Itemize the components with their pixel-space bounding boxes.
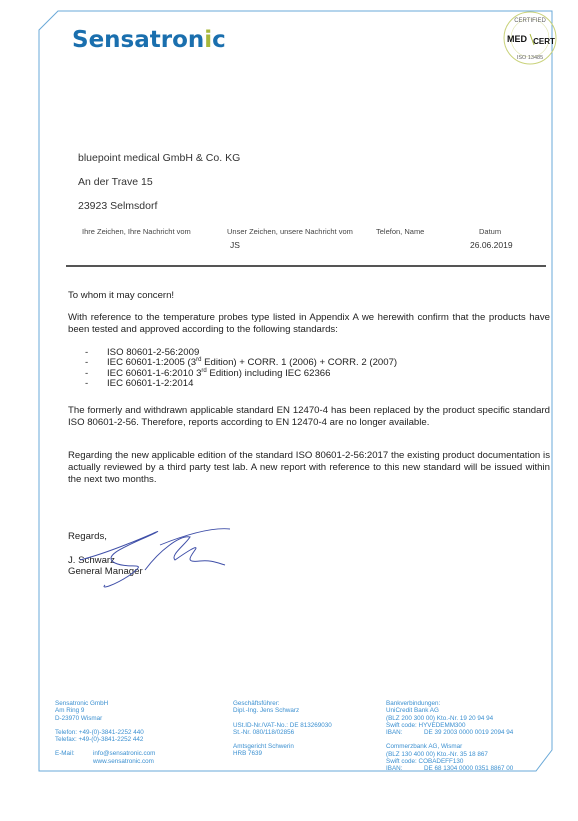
- svg-text:CERT: CERT: [533, 37, 555, 46]
- footer-bank2-iban: DE 68 1304 0000 0351 8867 00: [424, 765, 513, 772]
- our-reference-label: Unser Zeichen, unsere Nachricht vom: [227, 227, 353, 236]
- footer-bank2-swift: Swift code: COBADEFF130: [386, 758, 513, 765]
- phone-name-label: Telefon, Name: [376, 227, 424, 236]
- footer-hrb: HRB 7639: [233, 750, 332, 757]
- logo-text: Sensatron: [72, 27, 204, 53]
- your-reference-label: Ihre Zeichen, Ihre Nachricht vom: [82, 227, 191, 236]
- footer-phone: Telefon: +49-(0)-3841-2252 440: [55, 729, 155, 736]
- date-label: Datum: [479, 227, 501, 236]
- footer-bank2-iban-label: IBAN:: [386, 765, 424, 772]
- footer-website-link[interactable]: www.sensatronic.com: [93, 758, 154, 765]
- svg-text:CERTIFIED: CERTIFIED: [514, 18, 546, 24]
- svg-text:MED: MED: [507, 34, 528, 44]
- footer-management: Geschäftsführer: Dipl.-Ing. Jens Schwarz…: [233, 700, 332, 758]
- footer-management-name: Dipl.-Ing. Jens Schwarz: [233, 707, 332, 714]
- paragraph-new-edition: Regarding the new applicable edition of …: [68, 450, 550, 485]
- footer-company-street: Am Ring 9: [55, 707, 155, 714]
- our-reference-value: JS: [230, 240, 240, 250]
- footer-bank1-iban-label: IBAN:: [386, 729, 424, 736]
- footer-banks-label: Bankverbindungen:: [386, 700, 513, 707]
- footer-bank1-swift: Swift code: HYVEDEMM300: [386, 722, 513, 729]
- medcert-seal-icon: CERTIFIED MED CERT ISO 13485: [500, 8, 560, 68]
- footer-bank1-name: UniCredit Bank AG: [386, 707, 513, 714]
- recipient-company: bluepoint medical GmbH & Co. KG: [78, 152, 240, 164]
- svg-text:ISO 13485: ISO 13485: [517, 55, 543, 61]
- footer-court: Amtsgericht Schwerin: [233, 743, 332, 750]
- footer-bank2-blz: (BLZ 130 400 00) Kto.-Nr. 35 18 867: [386, 751, 513, 758]
- paragraph-intro: With reference to the temperature probes…: [68, 312, 550, 336]
- paragraph-withdrawn-standard: The formerly and withdrawn applicable st…: [68, 405, 550, 429]
- footer-bank1-iban: DE 39 2003 0000 0019 2094 94: [424, 729, 513, 736]
- footer-tax-number: St.-Nr. 080/118/02856: [233, 729, 332, 736]
- standards-list: ISO 80601-2-56:2009IEC 60601-1:2005 (3rd…: [85, 348, 397, 390]
- company-logo: Sensatronic: [72, 27, 226, 53]
- footer-banks: Bankverbindungen: UniCredit Bank AG (BLZ…: [386, 700, 513, 773]
- logo-accent: i: [204, 27, 212, 53]
- footer-email-label: E-Mail:: [55, 750, 93, 757]
- footer-company: Sensatronic GmbH Am Ring 9 D-23970 Wisma…: [55, 700, 155, 765]
- footer-management-label: Geschäftsführer:: [233, 700, 332, 707]
- standard-item: IEC 60601-1-2:2014: [85, 379, 397, 389]
- footer-company-name: Sensatronic GmbH: [55, 700, 155, 707]
- recipient-city: 23923 Selmsdorf: [78, 200, 157, 212]
- footer-bank2-name: Commerzbank AG, Wismar: [386, 743, 513, 750]
- footer-email-link[interactable]: info@sensatronic.com: [93, 750, 155, 757]
- recipient-street: An der Trave 15: [78, 176, 153, 188]
- date-value: 26.06.2019: [470, 240, 513, 250]
- footer-fax: Telefax: +49-(0)-3841-2252 442: [55, 736, 155, 743]
- handwritten-signature: [60, 515, 260, 600]
- footer-vat: USt.ID-Nr./VAT-No.: DE 813269030: [233, 722, 332, 729]
- letterhead-frame: [38, 10, 553, 772]
- salutation: To whom it may concern!: [68, 290, 550, 302]
- logo-text-end: c: [212, 27, 226, 53]
- footer-company-city: D-23970 Wismar: [55, 715, 155, 722]
- frame-border: [38, 10, 553, 772]
- header-divider: [66, 265, 546, 267]
- footer-bank1-blz: (BLZ 200 300 00) Kto.-Nr. 19 20 94 94: [386, 715, 513, 722]
